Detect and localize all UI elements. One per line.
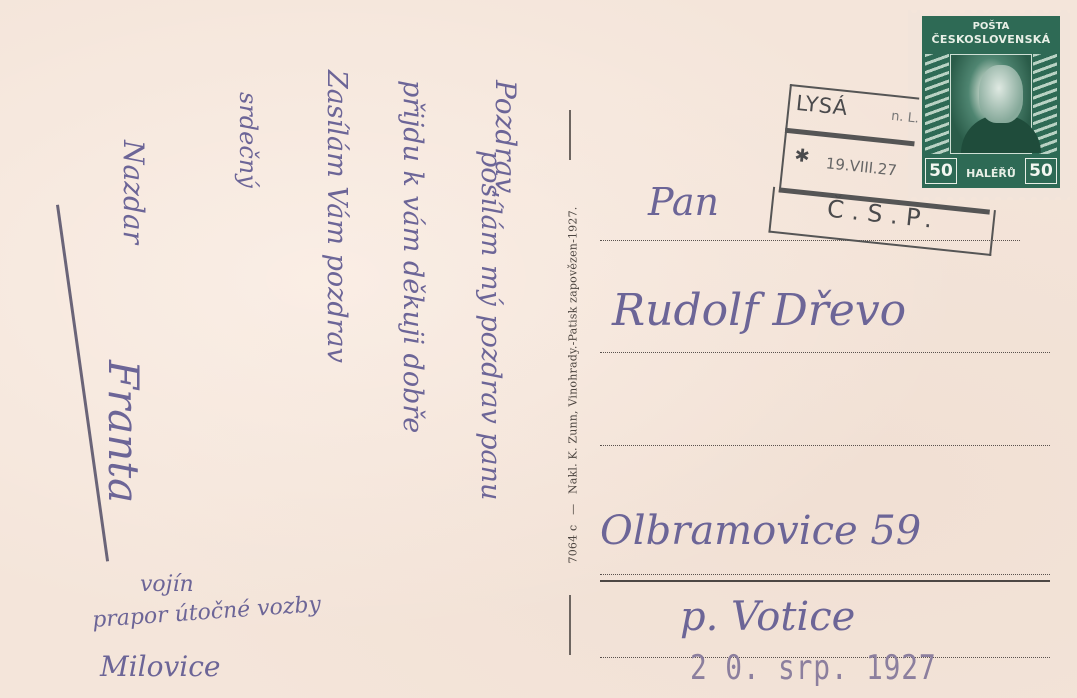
message-line-6: Nazdar xyxy=(117,140,150,244)
signature: Franta xyxy=(99,360,148,503)
address-line-1 xyxy=(600,240,1020,241)
postmark-service: Č.S.P. xyxy=(826,195,942,235)
sender-unit: prapor útočné vozby xyxy=(91,592,321,633)
center-divider-bottom xyxy=(569,595,571,655)
postmark-star-icon: ✱ xyxy=(793,145,810,167)
message-line-5: srdečný xyxy=(234,92,262,188)
address-line-4-underline xyxy=(600,580,1050,582)
message-line-3: přijdu k vám děkuji dobře xyxy=(397,80,428,433)
sender-place: Milovice xyxy=(100,650,220,683)
imprint-code: 7064 c xyxy=(567,525,580,564)
postmark-town: LYSÁ xyxy=(795,91,849,120)
publisher-imprint: 7064 c — Nakl. K. Zunn, Vinohrady.-Patis… xyxy=(567,207,580,564)
postage-stamp: POŠTA ČESKOSLOVENSKÁ 50 HALÉŘŮ 50 xyxy=(908,10,1070,200)
address-salutation: Pan xyxy=(648,180,719,224)
sender-rank: vojín xyxy=(140,572,194,597)
address-line-2 xyxy=(600,352,1050,353)
message-line-2: posílám mý pozdrav panu xyxy=(475,150,506,500)
imprint-separator: — xyxy=(567,504,580,515)
postmark-date: 19.VIII.27 xyxy=(825,154,898,179)
postcard-back: 7064 c — Nakl. K. Zunn, Vinohrady.-Patis… xyxy=(0,0,1077,698)
stamp-perforation xyxy=(908,10,1070,200)
address-town: p. Votice xyxy=(680,594,855,640)
address-street: Olbramovice 59 xyxy=(600,508,921,554)
address-line-4 xyxy=(600,574,1050,575)
center-divider-top xyxy=(569,110,571,160)
address-name: Rudolf Dřevo xyxy=(612,285,906,336)
arrival-date-stamp: 2 0. srp. 1927 xyxy=(690,648,936,688)
imprint-text: Nakl. K. Zunn, Vinohrady.-Patisk zapověz… xyxy=(567,207,580,495)
message-line-4: Zasílám Vám pozdrav xyxy=(321,70,352,363)
postmark-frame-top xyxy=(785,84,919,146)
address-line-3 xyxy=(600,445,1050,446)
